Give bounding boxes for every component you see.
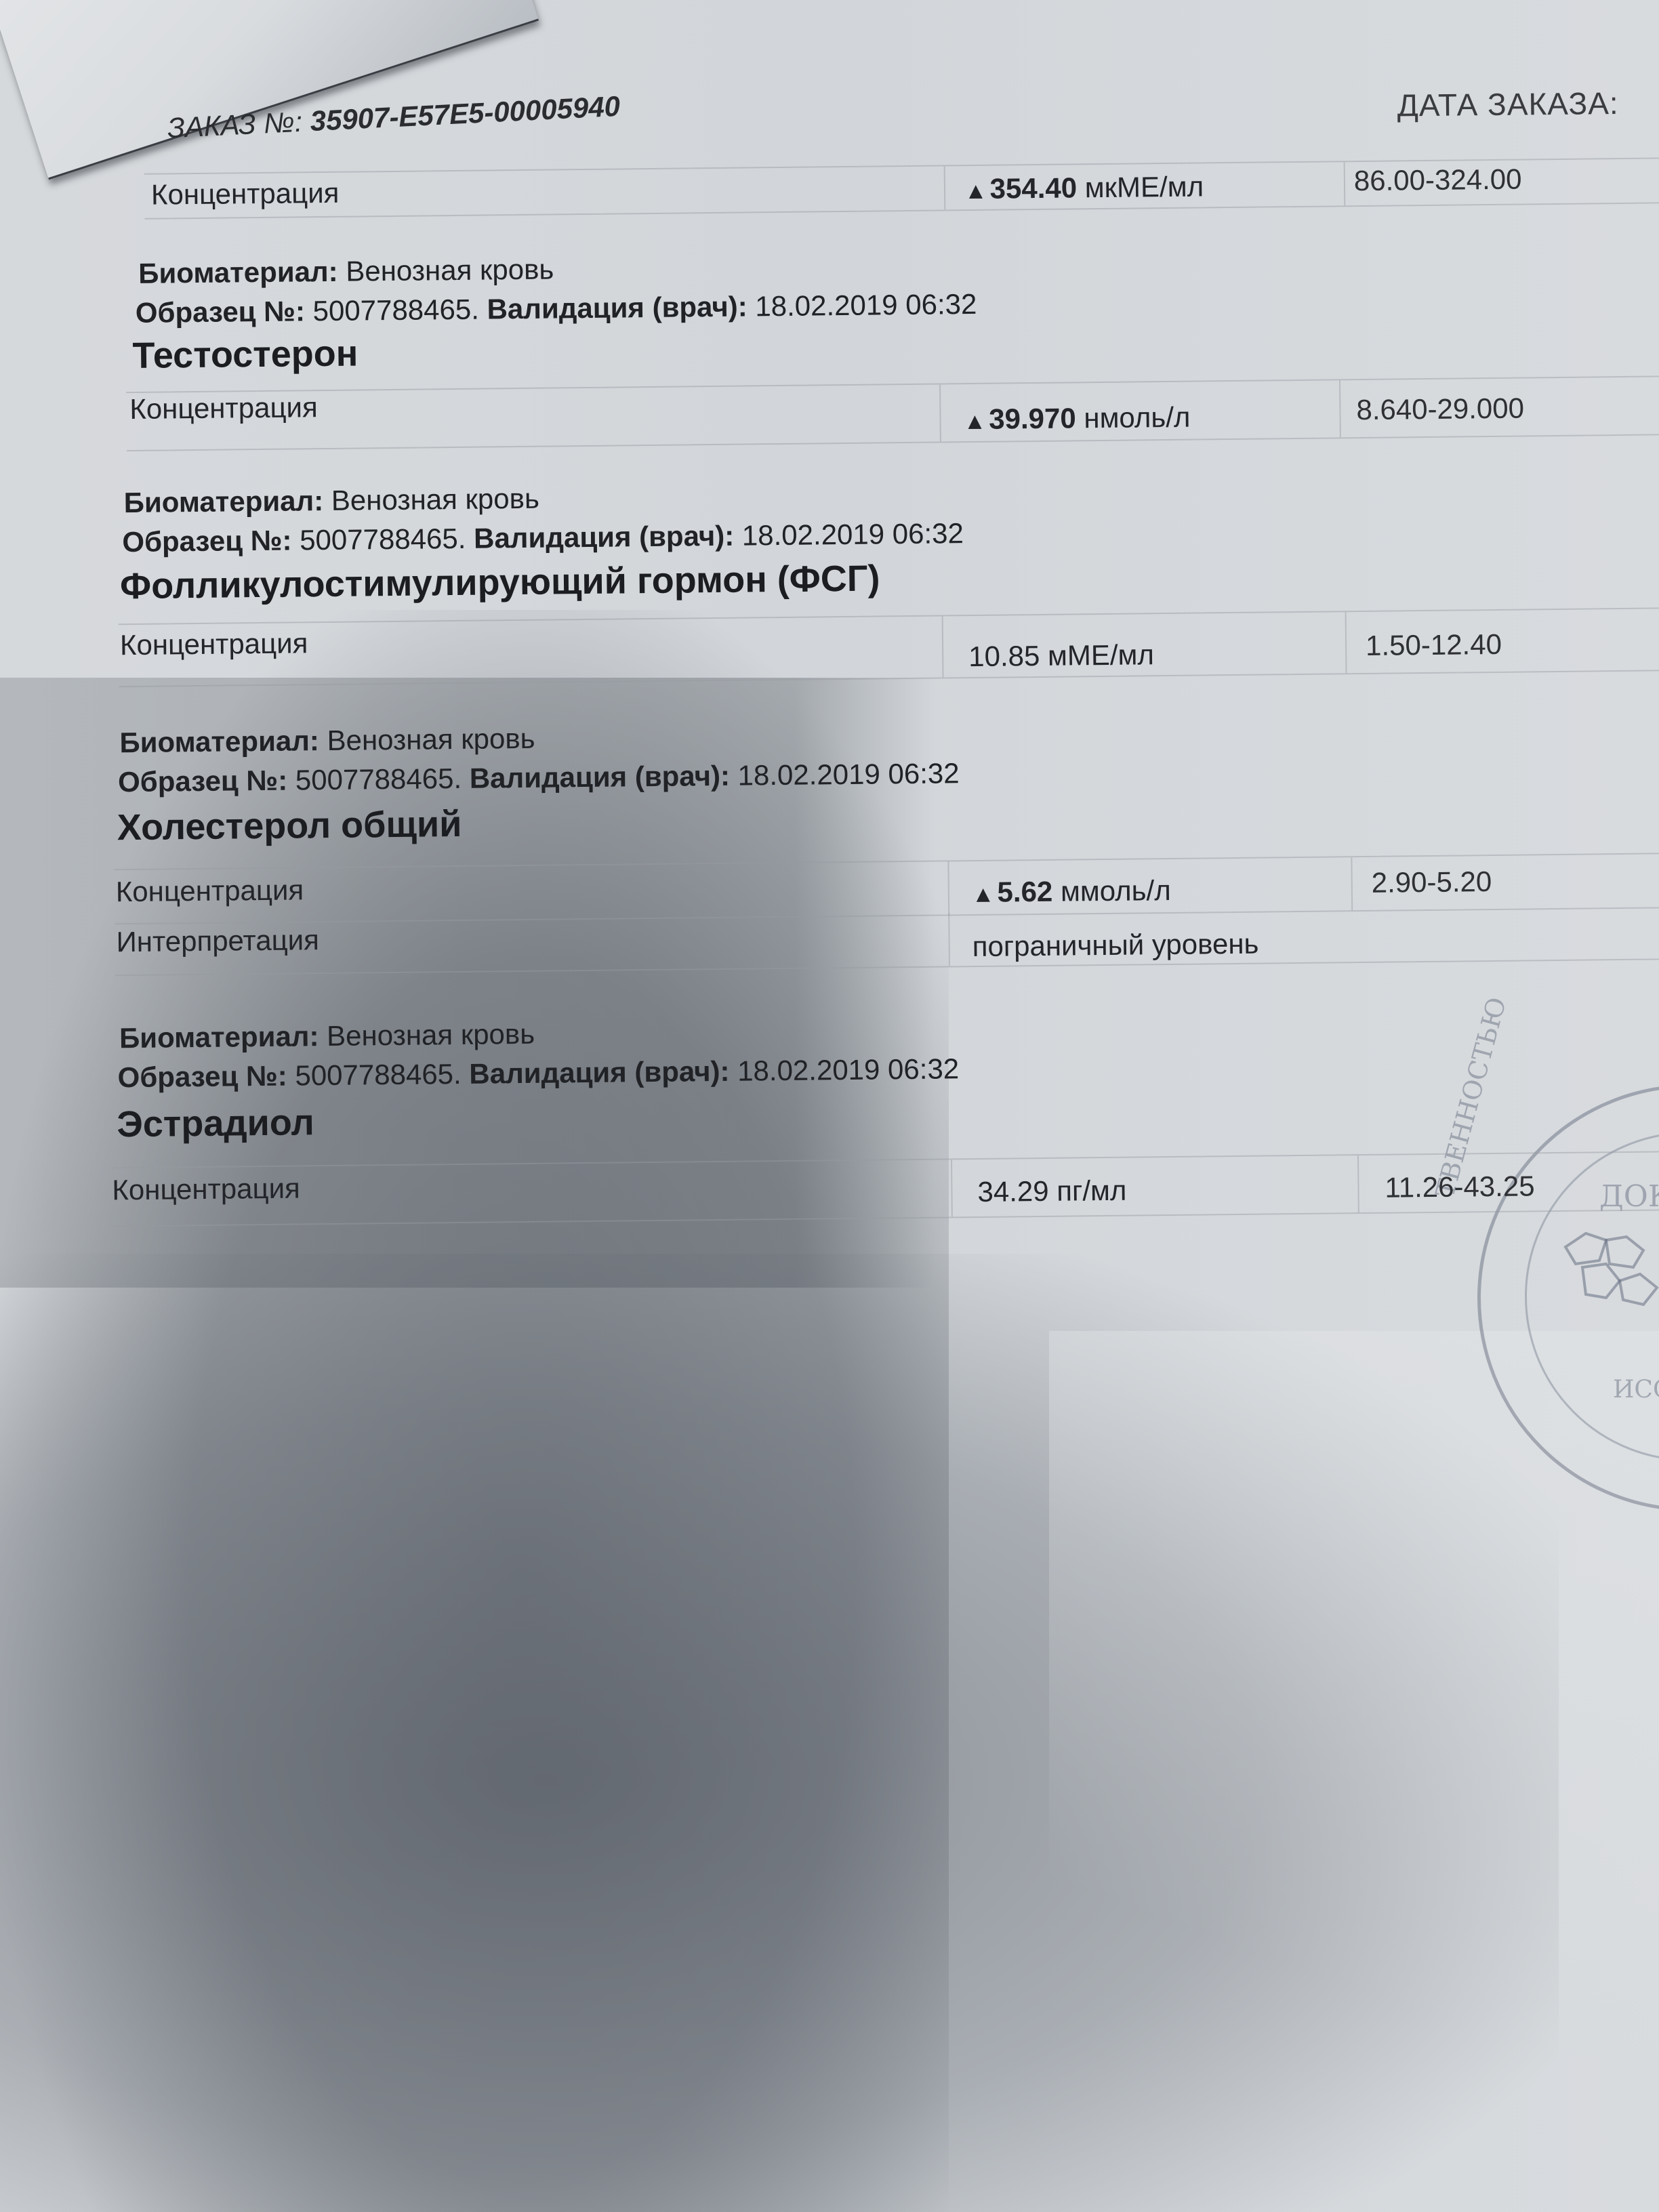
test-title-fsh: Фолликулостимулирующий гормон (ФСГ) xyxy=(120,557,880,607)
test-title-testosterone: Тестостерон xyxy=(132,332,358,376)
high-flag-icon: ▲ xyxy=(964,178,987,204)
order-label: ЗАКАЗ №: xyxy=(167,106,303,144)
column-divider xyxy=(1344,162,1346,205)
reference-range: 11.26-43.25 xyxy=(1385,1170,1535,1204)
biomaterial-line: Биоматериал: Венозная кровь xyxy=(138,253,554,289)
lab-report: ЗАКАЗ №: 35907-E57E5-00005940 ДАТА ЗАКАЗ… xyxy=(0,0,1659,2212)
sample-validation-line: Образец №: 5007788465. Валидация (врач):… xyxy=(117,1052,959,1094)
result-value: ▲39.970 нмоль/л xyxy=(963,401,1190,436)
column-divider xyxy=(1339,380,1341,437)
result-row: Концентрация ▲39.970 нмоль/л 8.640-29.00… xyxy=(126,375,1659,451)
reference-range: 86.00-324.00 xyxy=(1354,163,1522,198)
result-value: 34.29 пг/мл xyxy=(975,1174,1126,1208)
row-label: Концентрация xyxy=(120,627,308,661)
result-row: Концентрация ▲354.40 мкМЕ/мл 86.00-324.0… xyxy=(144,157,1659,219)
column-divider xyxy=(944,166,946,209)
biomaterial-line: Биоматериал: Венозная кровь xyxy=(119,1018,535,1054)
sample-validation-line: Образец №: 5007788465. Валидация (врач):… xyxy=(136,288,977,329)
row-label: Концентрация xyxy=(129,391,318,426)
column-divider xyxy=(948,913,950,966)
high-flag-icon: ▲ xyxy=(972,882,995,907)
result-row: Концентрация 34.29 пг/мл 11.26-43.25 xyxy=(110,1151,1659,1227)
row-label: Концентрация xyxy=(116,874,304,908)
column-divider xyxy=(1357,1155,1359,1212)
test-title-cholesterol: Холестерол общий xyxy=(117,803,462,848)
biomaterial-line: Биоматериал: Венозная кровь xyxy=(124,483,540,519)
column-divider xyxy=(1351,857,1353,910)
order-number-line: ЗАКАЗ №: 35907-E57E5-00005940 xyxy=(167,90,621,145)
high-flag-icon: ▲ xyxy=(963,409,986,434)
sample-validation-line: Образец №: 5007788465. Валидация (врач):… xyxy=(118,757,960,798)
reference-range: 1.50-12.40 xyxy=(1366,628,1502,662)
sample-validation-line: Образец №: 5007788465. Валидация (врач):… xyxy=(122,517,964,558)
result-row: Концентрация 10.85 мМЕ/мл 1.50-12.40 xyxy=(119,607,1659,687)
row-label: Концентрация xyxy=(151,177,340,211)
biomaterial-line: Биоматериал: Венозная кровь xyxy=(119,722,535,759)
order-date-label: ДАТА ЗАКАЗА: xyxy=(1397,85,1619,123)
reference-range: 8.640-29.000 xyxy=(1356,392,1524,426)
column-divider xyxy=(951,1160,953,1216)
interpretation-value: пограничный уровень xyxy=(972,928,1258,963)
column-divider xyxy=(1345,612,1347,673)
column-divider xyxy=(939,384,941,441)
column-divider xyxy=(942,616,944,677)
row-label: Интерпретация xyxy=(116,924,319,958)
test-title-estradiol: Эстрадиол xyxy=(117,1101,314,1145)
row-label: Концентрация xyxy=(112,1172,300,1206)
result-value: 10.85 мМЕ/мл xyxy=(966,638,1154,673)
order-number: 35907-E57E5-00005940 xyxy=(310,90,621,137)
column-divider xyxy=(947,861,949,914)
result-value: ▲354.40 мкМЕ/мл xyxy=(964,170,1204,205)
reference-range: 2.90-5.20 xyxy=(1372,865,1492,899)
result-value: ▲5.62 ммоль/л xyxy=(972,874,1171,909)
